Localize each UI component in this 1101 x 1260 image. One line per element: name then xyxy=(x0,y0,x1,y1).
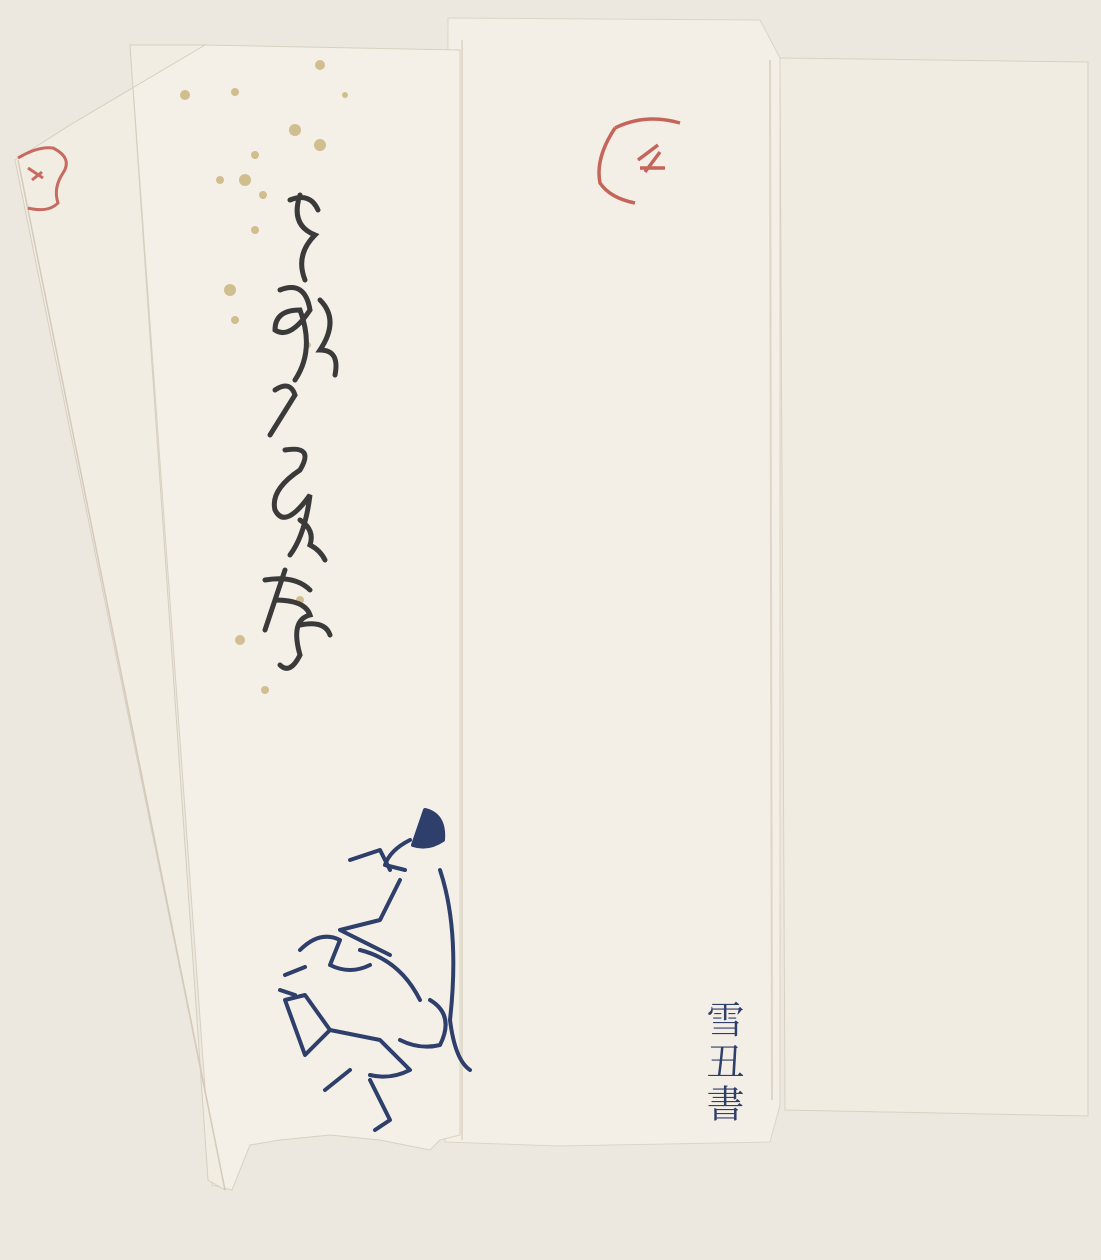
artist-signature: 雪丑書 xyxy=(684,1000,744,1126)
paper-left-panel xyxy=(15,45,460,1190)
artwork-canvas xyxy=(0,0,1101,1260)
paper-back-sheet xyxy=(780,58,1088,1116)
paper-middle-flap xyxy=(445,18,780,1146)
